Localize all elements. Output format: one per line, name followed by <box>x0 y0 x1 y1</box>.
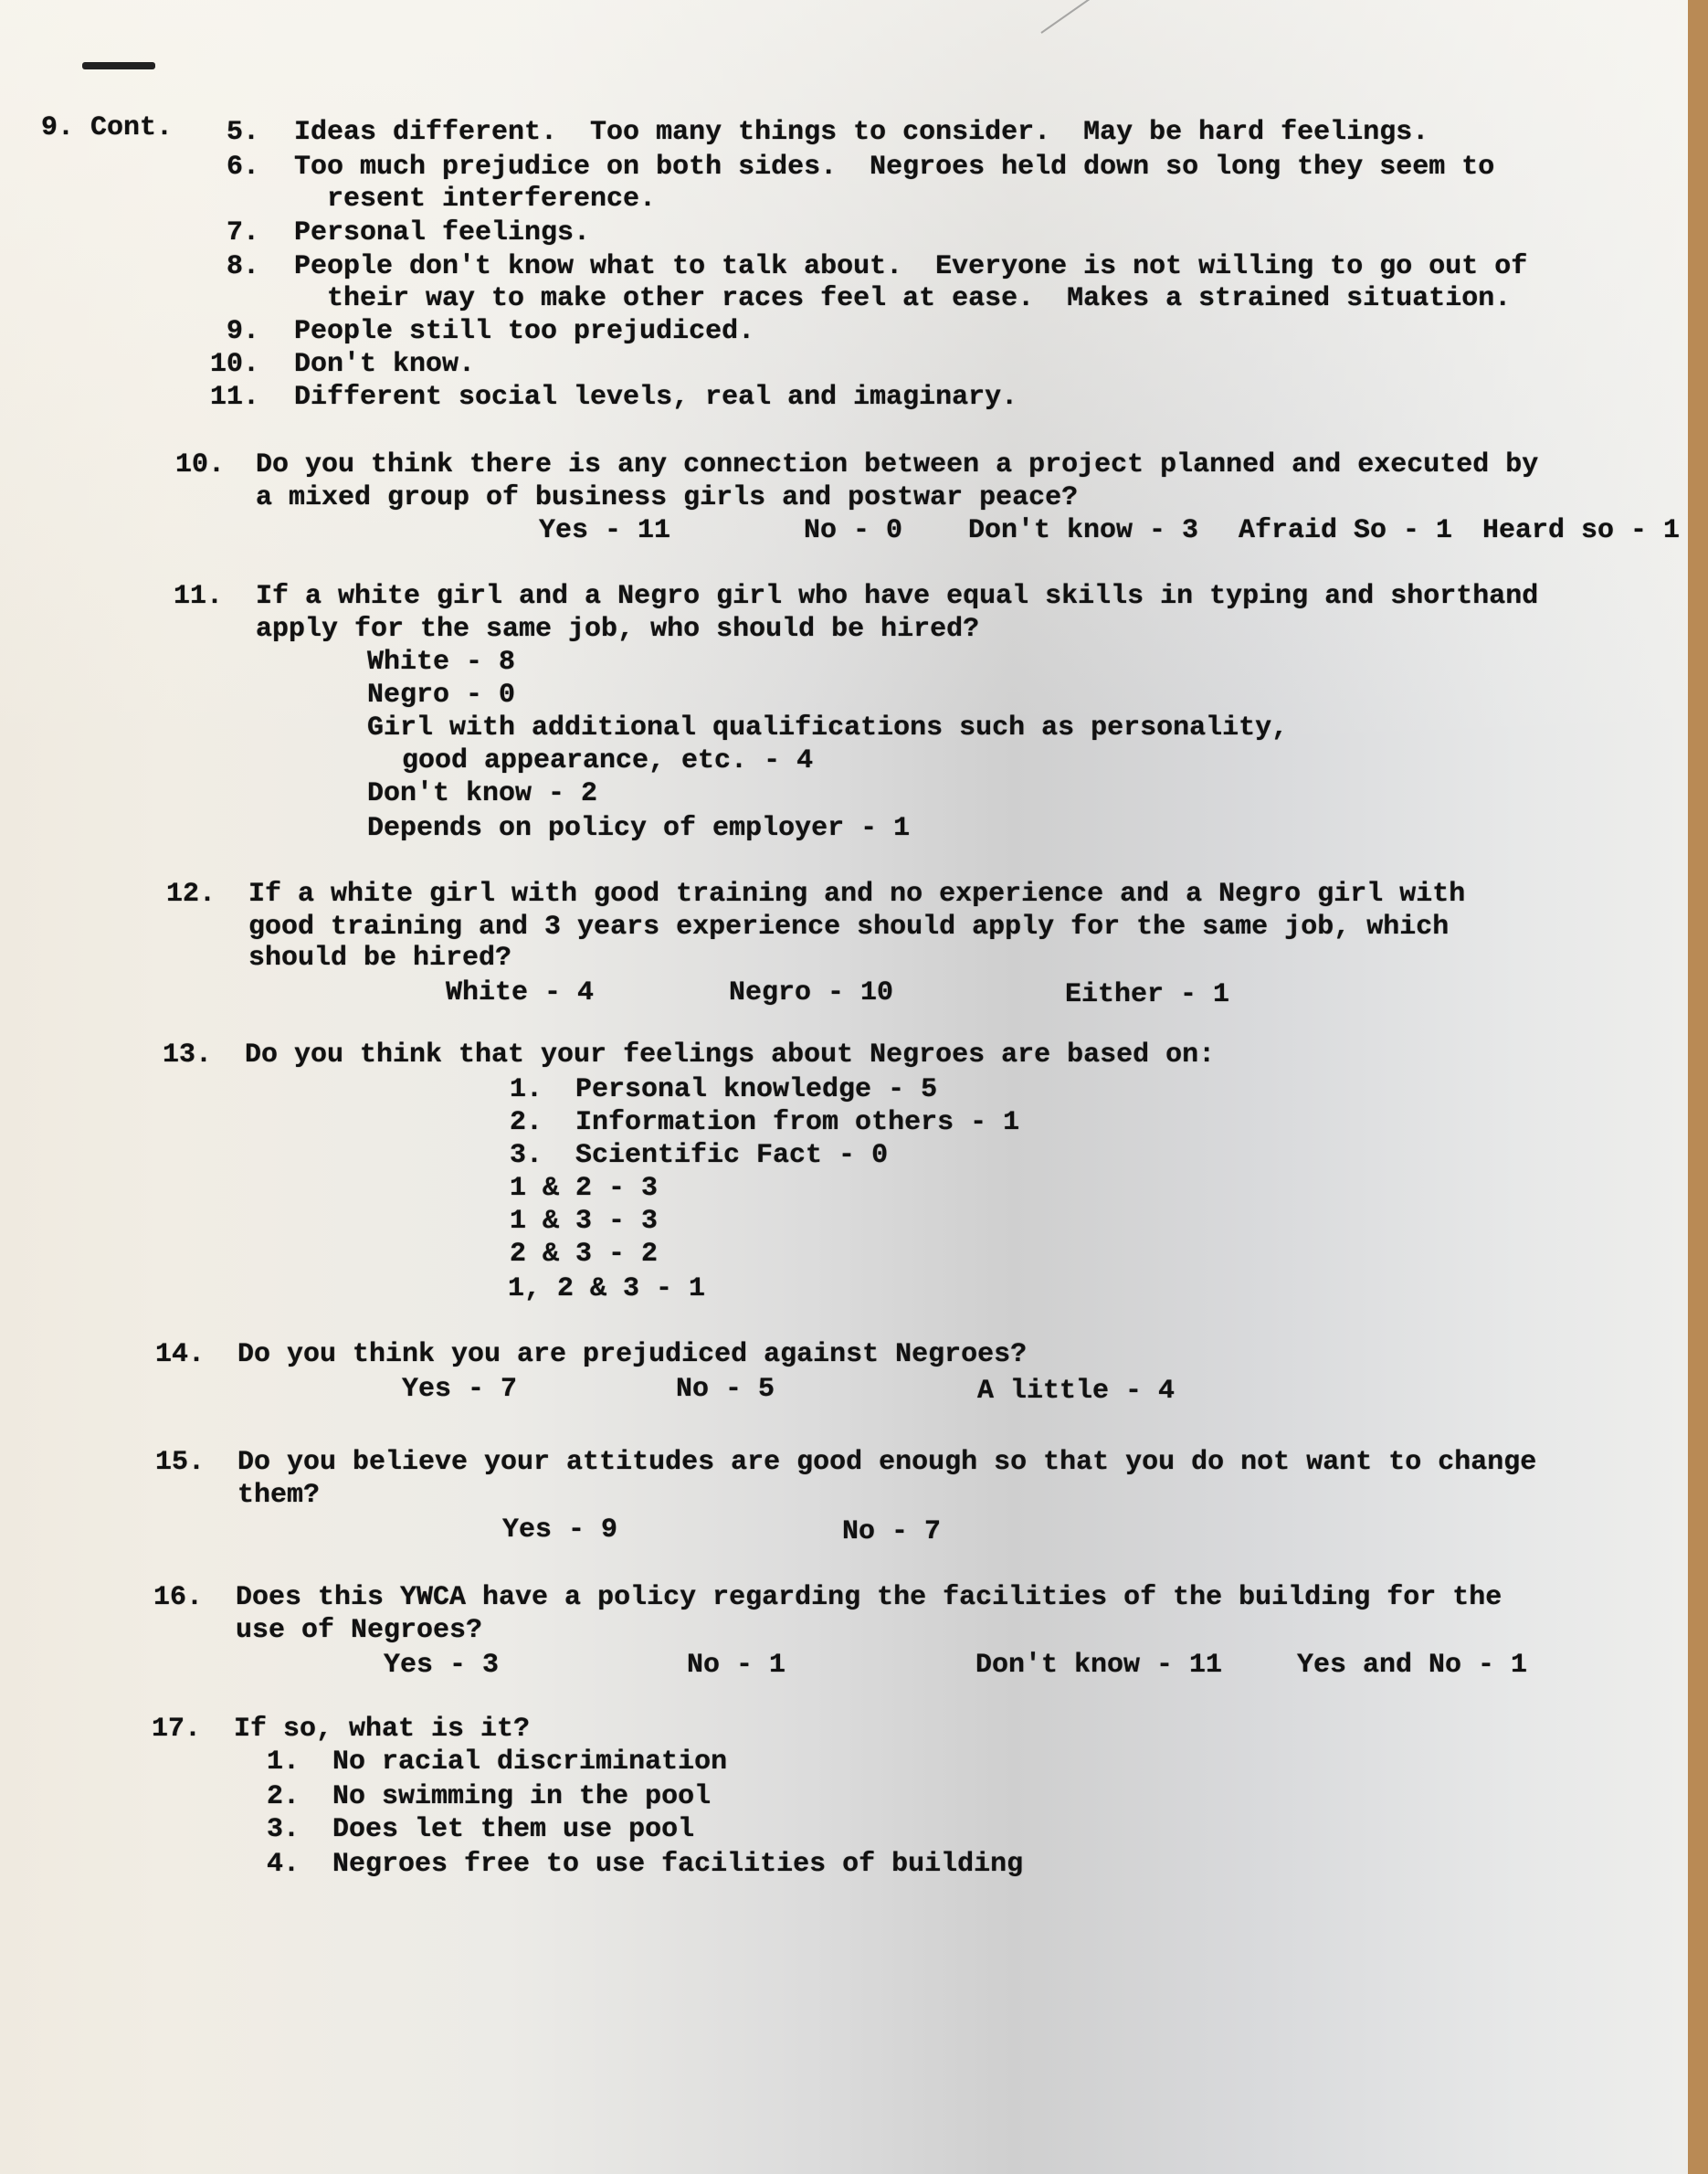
answer: Either - 1 <box>1065 979 1229 1010</box>
answer: Don't know - 2 <box>367 778 597 809</box>
question-number: 12. <box>166 879 216 910</box>
answer: Afraid So - 1 <box>1239 515 1452 546</box>
answer: Heard so - 1 <box>1482 515 1680 546</box>
q9-item-number: 9. <box>227 316 259 347</box>
answer: No - 7 <box>842 1516 941 1547</box>
pencil-mark <box>1040 0 1221 34</box>
q9-item-text: People don't know what to talk about. Ev… <box>294 251 1527 282</box>
answer: White - 8 <box>367 647 515 678</box>
q9-item-number: 11. <box>210 382 259 413</box>
answer: Don't know - 11 <box>975 1650 1222 1681</box>
q9-item-text: Different social levels, real and imagin… <box>294 382 1017 413</box>
answer: 3. Scientific Fact - 0 <box>510 1140 888 1171</box>
staple-mark <box>82 62 155 69</box>
question-text: Does this YWCA have a policy regarding t… <box>236 1582 1502 1613</box>
answer: 1, 2 & 3 - 1 <box>508 1273 705 1304</box>
q9-item-text: Ideas different. Too many things to cons… <box>294 117 1429 148</box>
answer: 1 & 2 - 3 <box>510 1173 658 1204</box>
q9-item-number: 10. <box>210 349 259 380</box>
answer: Yes - 7 <box>402 1374 517 1405</box>
question-text: should be hired? <box>248 943 511 974</box>
answer: White - 4 <box>446 977 594 1008</box>
question-number: 15. <box>155 1447 205 1478</box>
question-text: Do you think that your feelings about Ne… <box>245 1040 1215 1071</box>
question-text: good training and 3 years experience sho… <box>248 912 1449 943</box>
q9-item-number: 8. <box>227 251 259 282</box>
q9-item-number: 6. <box>227 152 259 183</box>
q9-item-text: People still too prejudiced. <box>294 316 754 347</box>
answer: No - 5 <box>676 1374 775 1405</box>
answer: Girl with additional qualifications such… <box>367 712 1288 744</box>
answer: 1 & 3 - 3 <box>510 1206 658 1237</box>
answer: 2. Information from others - 1 <box>510 1107 1019 1138</box>
answer: Don't know - 3 <box>968 515 1198 546</box>
answer: 1. No racial discrimination <box>267 1747 727 1778</box>
answer: Yes - 3 <box>384 1650 499 1681</box>
answer: A little - 4 <box>977 1376 1175 1407</box>
question-text: Do you think there is any connection bet… <box>256 449 1538 480</box>
continuation-label: 9. Cont. <box>41 112 173 143</box>
q9-item-text: their way to make other races feel at ea… <box>327 283 1511 314</box>
q9-item-number: 5. <box>227 117 259 148</box>
q9-item-number: 7. <box>227 217 259 248</box>
answer: Negro - 0 <box>367 680 515 711</box>
answer: Yes and No - 1 <box>1297 1650 1527 1681</box>
q9-item-text: resent interference. <box>327 184 656 215</box>
question-number: 10. <box>175 449 225 480</box>
question-number: 11. <box>174 581 223 612</box>
question-text: If a white girl with good training and n… <box>248 879 1465 910</box>
question-number: 17. <box>152 1714 201 1745</box>
question-number: 16. <box>153 1582 203 1613</box>
answer: 4. Negroes free to use facilities of bui… <box>267 1849 1023 1880</box>
answer: 2 & 3 - 2 <box>510 1239 658 1270</box>
answer: 3. Does let them use pool <box>267 1814 694 1845</box>
answer: No - 1 <box>687 1650 785 1681</box>
q9-item-text: Don't know. <box>294 349 475 380</box>
answer: Depends on policy of employer - 1 <box>367 813 910 844</box>
question-text: apply for the same job, who should be hi… <box>256 614 979 645</box>
answer: Negro - 10 <box>729 977 893 1008</box>
answer: 2. No swimming in the pool <box>267 1781 711 1812</box>
answer: Yes - 9 <box>502 1514 617 1546</box>
question-text: a mixed group of business girls and post… <box>256 482 1078 513</box>
q9-item-text: Too much prejudice on both sides. Negroe… <box>294 152 1494 183</box>
answer: Yes - 11 <box>539 515 670 546</box>
question-number: 13. <box>163 1040 212 1071</box>
answer: No - 0 <box>804 515 902 546</box>
question-text: If a white girl and a Negro girl who hav… <box>256 581 1538 612</box>
question-number: 14. <box>155 1339 205 1370</box>
question-text: use of Negroes? <box>236 1615 482 1646</box>
question-text: them? <box>237 1480 320 1511</box>
question-text: If so, what is it? <box>234 1714 530 1745</box>
q9-item-text: Personal feelings. <box>294 217 590 248</box>
answer: 1. Personal knowledge - 5 <box>510 1074 937 1105</box>
question-text: Do you believe your attitudes are good e… <box>237 1447 1536 1478</box>
answer: good appearance, etc. - 4 <box>402 745 813 776</box>
question-text: Do you think you are prejudiced against … <box>237 1339 1027 1370</box>
